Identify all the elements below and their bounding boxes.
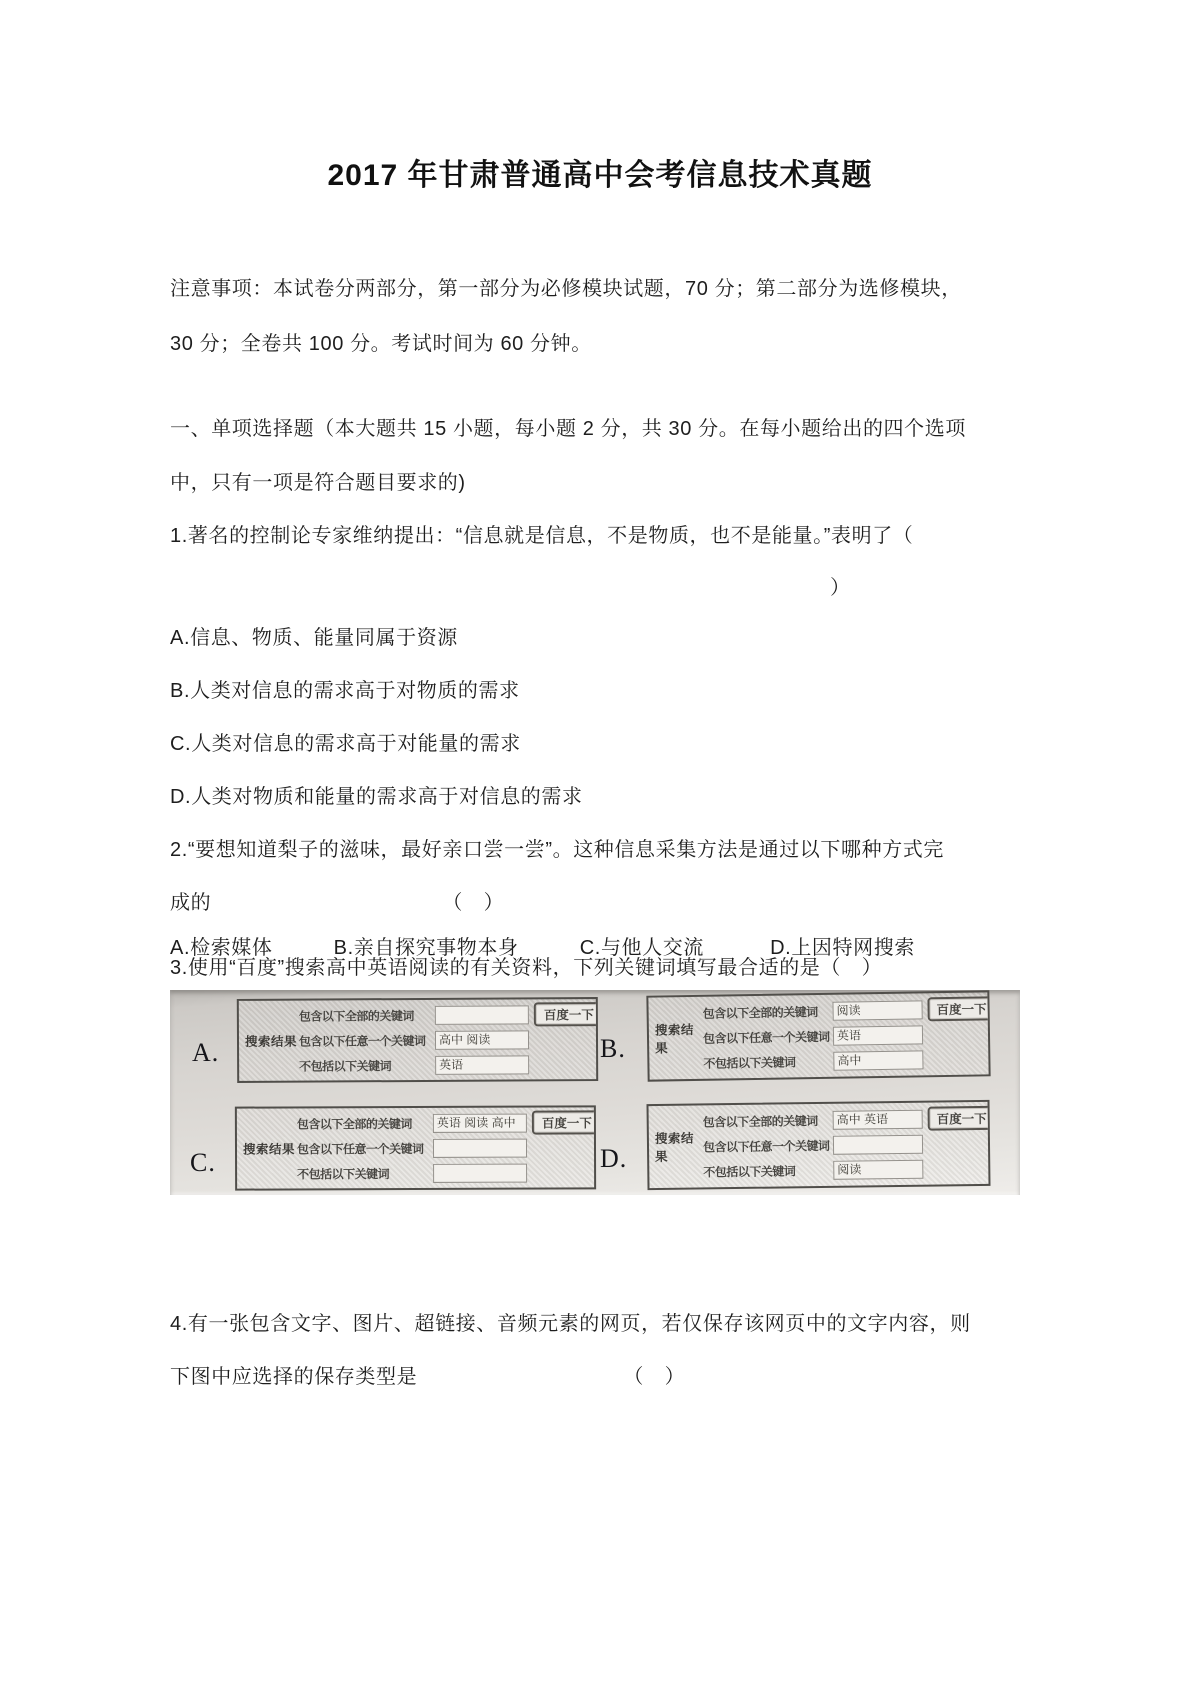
- keywords-all-input: 高中 英语: [833, 1109, 923, 1129]
- search-panel-d: 搜索结果 包含以下全部的关键词 高中 英语 百度一下 包含以下任意一个关键词 不…: [646, 1100, 990, 1190]
- keywords-all-label: 包含以下全部的关键词: [702, 1002, 832, 1021]
- question1-option-a: A.信息、物质、能量同属于资源: [170, 621, 1050, 650]
- question2-stem-line-2: 成的 （ ）: [170, 886, 1050, 915]
- keywords-any-label: 包含以下任意一个关键词: [703, 1027, 833, 1046]
- keywords-all-label: 包含以下全部的关键词: [299, 1006, 435, 1024]
- question1-option-c: C.人类对信息的需求高于对能量的需求: [170, 727, 1050, 756]
- section1-heading-line-1: 一、单项选择题（本大题共 15 小题，每小题 2 分，共 30 分。在每小题给出…: [170, 412, 1050, 441]
- question4-answer-bracket: （ ）: [623, 1360, 685, 1389]
- search-result-label: 搜索结果: [655, 1128, 703, 1165]
- search-panel-b: 搜索结果 包含以下全部的关键词 阅读 百度一下 包含以下任意一个关键词 英语 不…: [646, 990, 990, 1081]
- question3-stem: 3.使用“百度”搜索高中英语阅读的有关资料，下列关键词填写最合适的是（ ）: [170, 951, 1050, 980]
- baidu-search-button: 百度一下: [534, 1002, 598, 1026]
- keywords-all-input: [435, 1005, 529, 1024]
- search-panel-a: 搜索结果 包含以下全部的关键词 百度一下 包含以下任意一个关键词 高中 阅读 不…: [237, 997, 598, 1083]
- keywords-exclude-input: 高中: [833, 1050, 923, 1070]
- keywords-exclude-input: 阅读: [833, 1159, 923, 1179]
- question1-option-b: B.人类对信息的需求高于对物质的需求: [170, 674, 1050, 703]
- page-title: 2017 年甘肃普通高中会考信息技术真题: [0, 150, 1200, 194]
- keywords-exclude-label: 不包括以下关键词: [299, 1056, 435, 1074]
- keywords-exclude-label: 不包括以下关键词: [703, 1052, 833, 1071]
- keywords-exclude-label: 不包括以下关键词: [703, 1161, 833, 1180]
- keywords-all-label: 包含以下全部的关键词: [297, 1114, 433, 1131]
- question1-answer-bracket: ）: [830, 571, 890, 600]
- keywords-all-input: 阅读: [832, 1000, 922, 1020]
- notice-line-2: 30 分；全卷共 100 分。考试时间为 60 分钟。: [170, 327, 1050, 356]
- question4-stem-line-2: 下图中应选择的保存类型是 （ ）: [170, 1360, 1050, 1389]
- question1-stem: 1.著名的控制论专家维纳提出：“信息就是信息，不是物质，也不是能量。”表明了（: [170, 519, 1050, 548]
- question4-stem-line-1: 4.有一张包含文字、图片、超链接、音频元素的网页，若仅保存该网页中的文字内容，则: [170, 1307, 1050, 1336]
- question4-stem-tail: 下图中应选择的保存类型是: [170, 1360, 417, 1389]
- section1-heading-line-2: 中，只有一项是符合题目要求的): [170, 466, 1050, 495]
- notice-line-1: 注意事项：本试卷分两部分，第一部分为必修模块试题，70 分；第二部分为选修模块，: [170, 272, 1050, 301]
- keywords-exclude-input: 英语: [435, 1055, 529, 1074]
- search-result-label: 搜索结果: [243, 1139, 297, 1157]
- baidu-search-button: 百度一下: [928, 1106, 991, 1131]
- baidu-search-button: 百度一下: [532, 1110, 596, 1134]
- figure-option-letter-c: C.: [190, 1148, 216, 1178]
- keywords-any-label: 包含以下任意一个关键词: [297, 1139, 433, 1156]
- exam-paper-page: 2017 年甘肃普通高中会考信息技术真题 注意事项：本试卷分两部分，第一部分为必…: [0, 0, 1200, 1699]
- figure-option-letter-d: D.: [600, 1144, 627, 1174]
- figure-option-letter-b: B.: [600, 1034, 626, 1064]
- keywords-any-label: 包含以下任意一个关键词: [703, 1136, 833, 1155]
- keywords-exclude-input: [433, 1163, 527, 1182]
- question2-answer-bracket: （ ）: [442, 886, 504, 915]
- keywords-any-label: 包含以下任意一个关键词: [299, 1031, 435, 1049]
- keywords-all-input: 英语 阅读 高中: [433, 1113, 527, 1132]
- question1-option-d: D.人类对物质和能量的需求高于对信息的需求: [170, 780, 1050, 809]
- search-result-label: 搜索结果: [245, 1032, 299, 1050]
- figure-option-letter-a: A.: [192, 1038, 219, 1068]
- question2-stem-tail: 成的: [170, 886, 211, 915]
- baidu-search-button: 百度一下: [927, 996, 990, 1021]
- keywords-exclude-label: 不包括以下关键词: [297, 1164, 433, 1181]
- keywords-any-input: [833, 1134, 923, 1154]
- question3-figure: A. 搜索结果 包含以下全部的关键词 百度一下 包含以下任意一个关键词 高中 阅…: [170, 990, 1020, 1195]
- keywords-any-input: 英语: [833, 1025, 923, 1045]
- keywords-all-label: 包含以下全部的关键词: [703, 1111, 833, 1130]
- question2-stem-line-1: 2.“要想知道梨子的滋味，最好亲口尝一尝”。这种信息采集方法是通过以下哪种方式完: [170, 833, 1050, 862]
- keywords-any-input: [433, 1138, 527, 1157]
- search-panel-c: 搜索结果 包含以下全部的关键词 英语 阅读 高中 百度一下 包含以下任意一个关键…: [235, 1105, 596, 1190]
- search-result-label: 搜索结果: [655, 1020, 704, 1057]
- keywords-any-input: 高中 阅读: [435, 1030, 529, 1049]
